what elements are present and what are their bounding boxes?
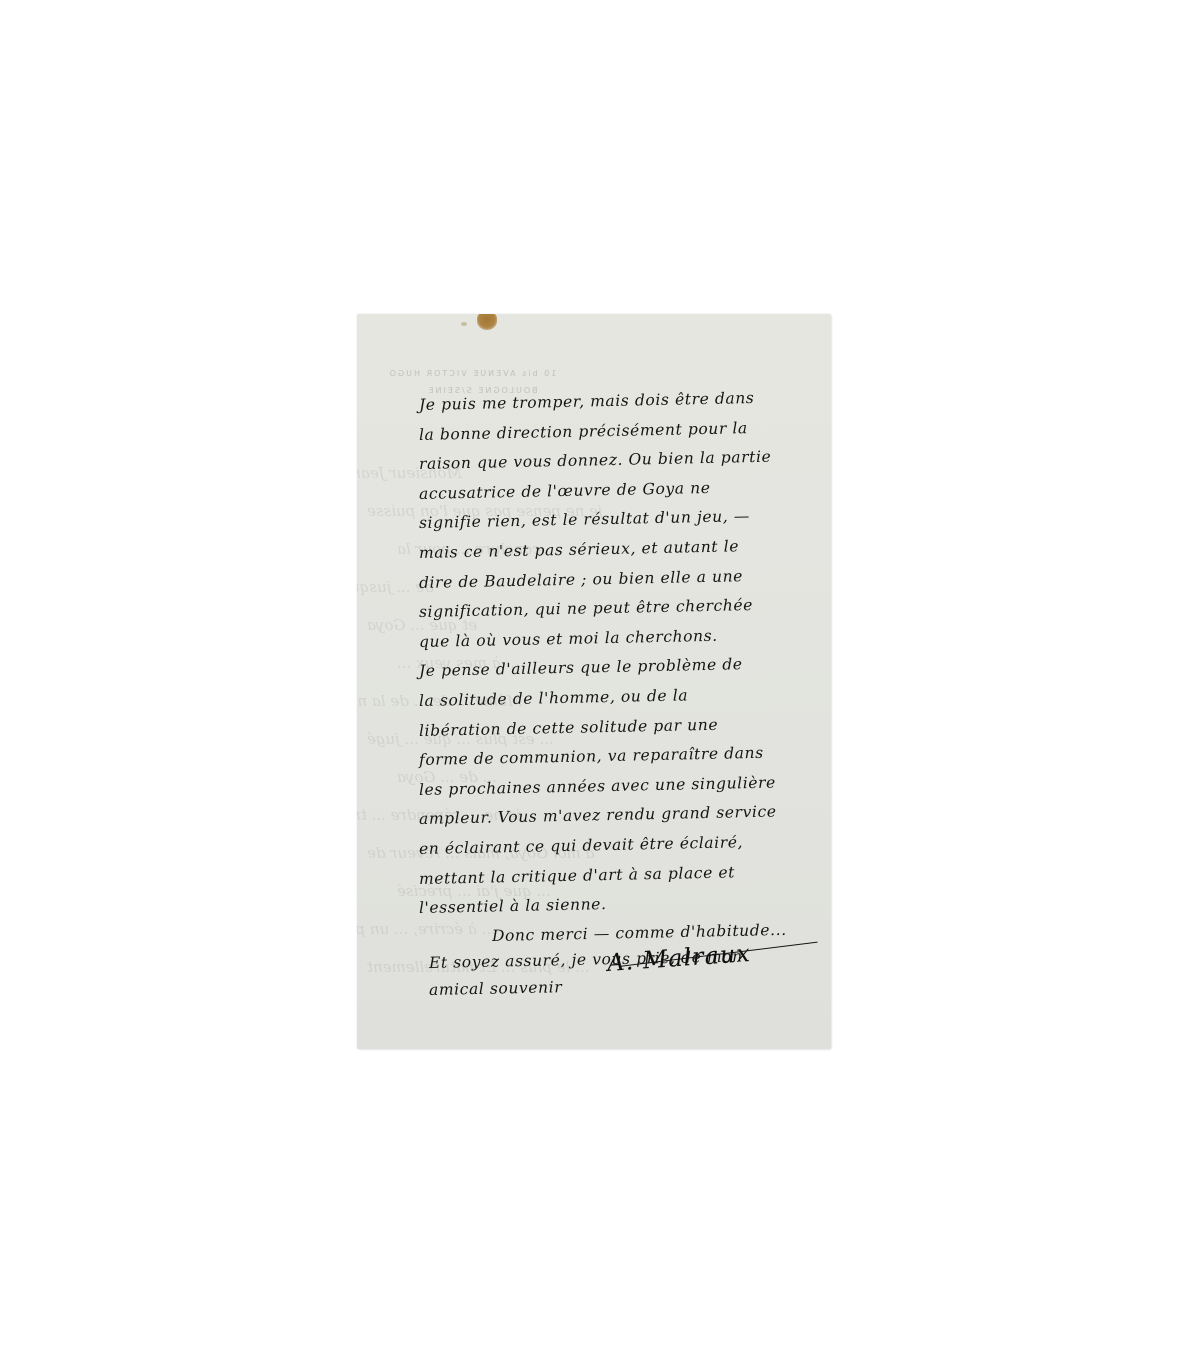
letter-line: l'essentiel à la sienne. — [419, 895, 607, 917]
letter-line: libération de cette solitude par une — [419, 715, 719, 739]
ghost-line: ... à écrire, ... un peu — [357, 920, 496, 938]
letter-line: accusatrice de l'œuvre de Goya ne — [419, 479, 711, 503]
letter-line: la solitude de l'homme, ou de la — [419, 686, 689, 710]
letter-line: raison que vous donnez. Ou bien la parti… — [419, 448, 772, 473]
letter-line: signification, qui ne peut être cherchée — [419, 596, 753, 621]
letter-paper: 10 bis AVENUE VICTOR HUGO BOULOGNE S/SEI… — [357, 314, 831, 1049]
letterhead-address: 10 bis AVENUE VICTOR HUGO — [367, 369, 577, 378]
letter-line: dire de Baudelaire ; ou bien elle a une — [419, 567, 743, 592]
letter-line: la bonne direction précisément pour la — [419, 419, 748, 444]
letter-line: en éclairant ce qui devait être éclairé, — [419, 833, 743, 858]
stain-mark — [477, 314, 497, 330]
letter-line: mettant la critique d'art à sa place et — [419, 863, 735, 888]
closing-line: amical souvenir — [429, 978, 563, 999]
stain-speck — [461, 322, 467, 326]
